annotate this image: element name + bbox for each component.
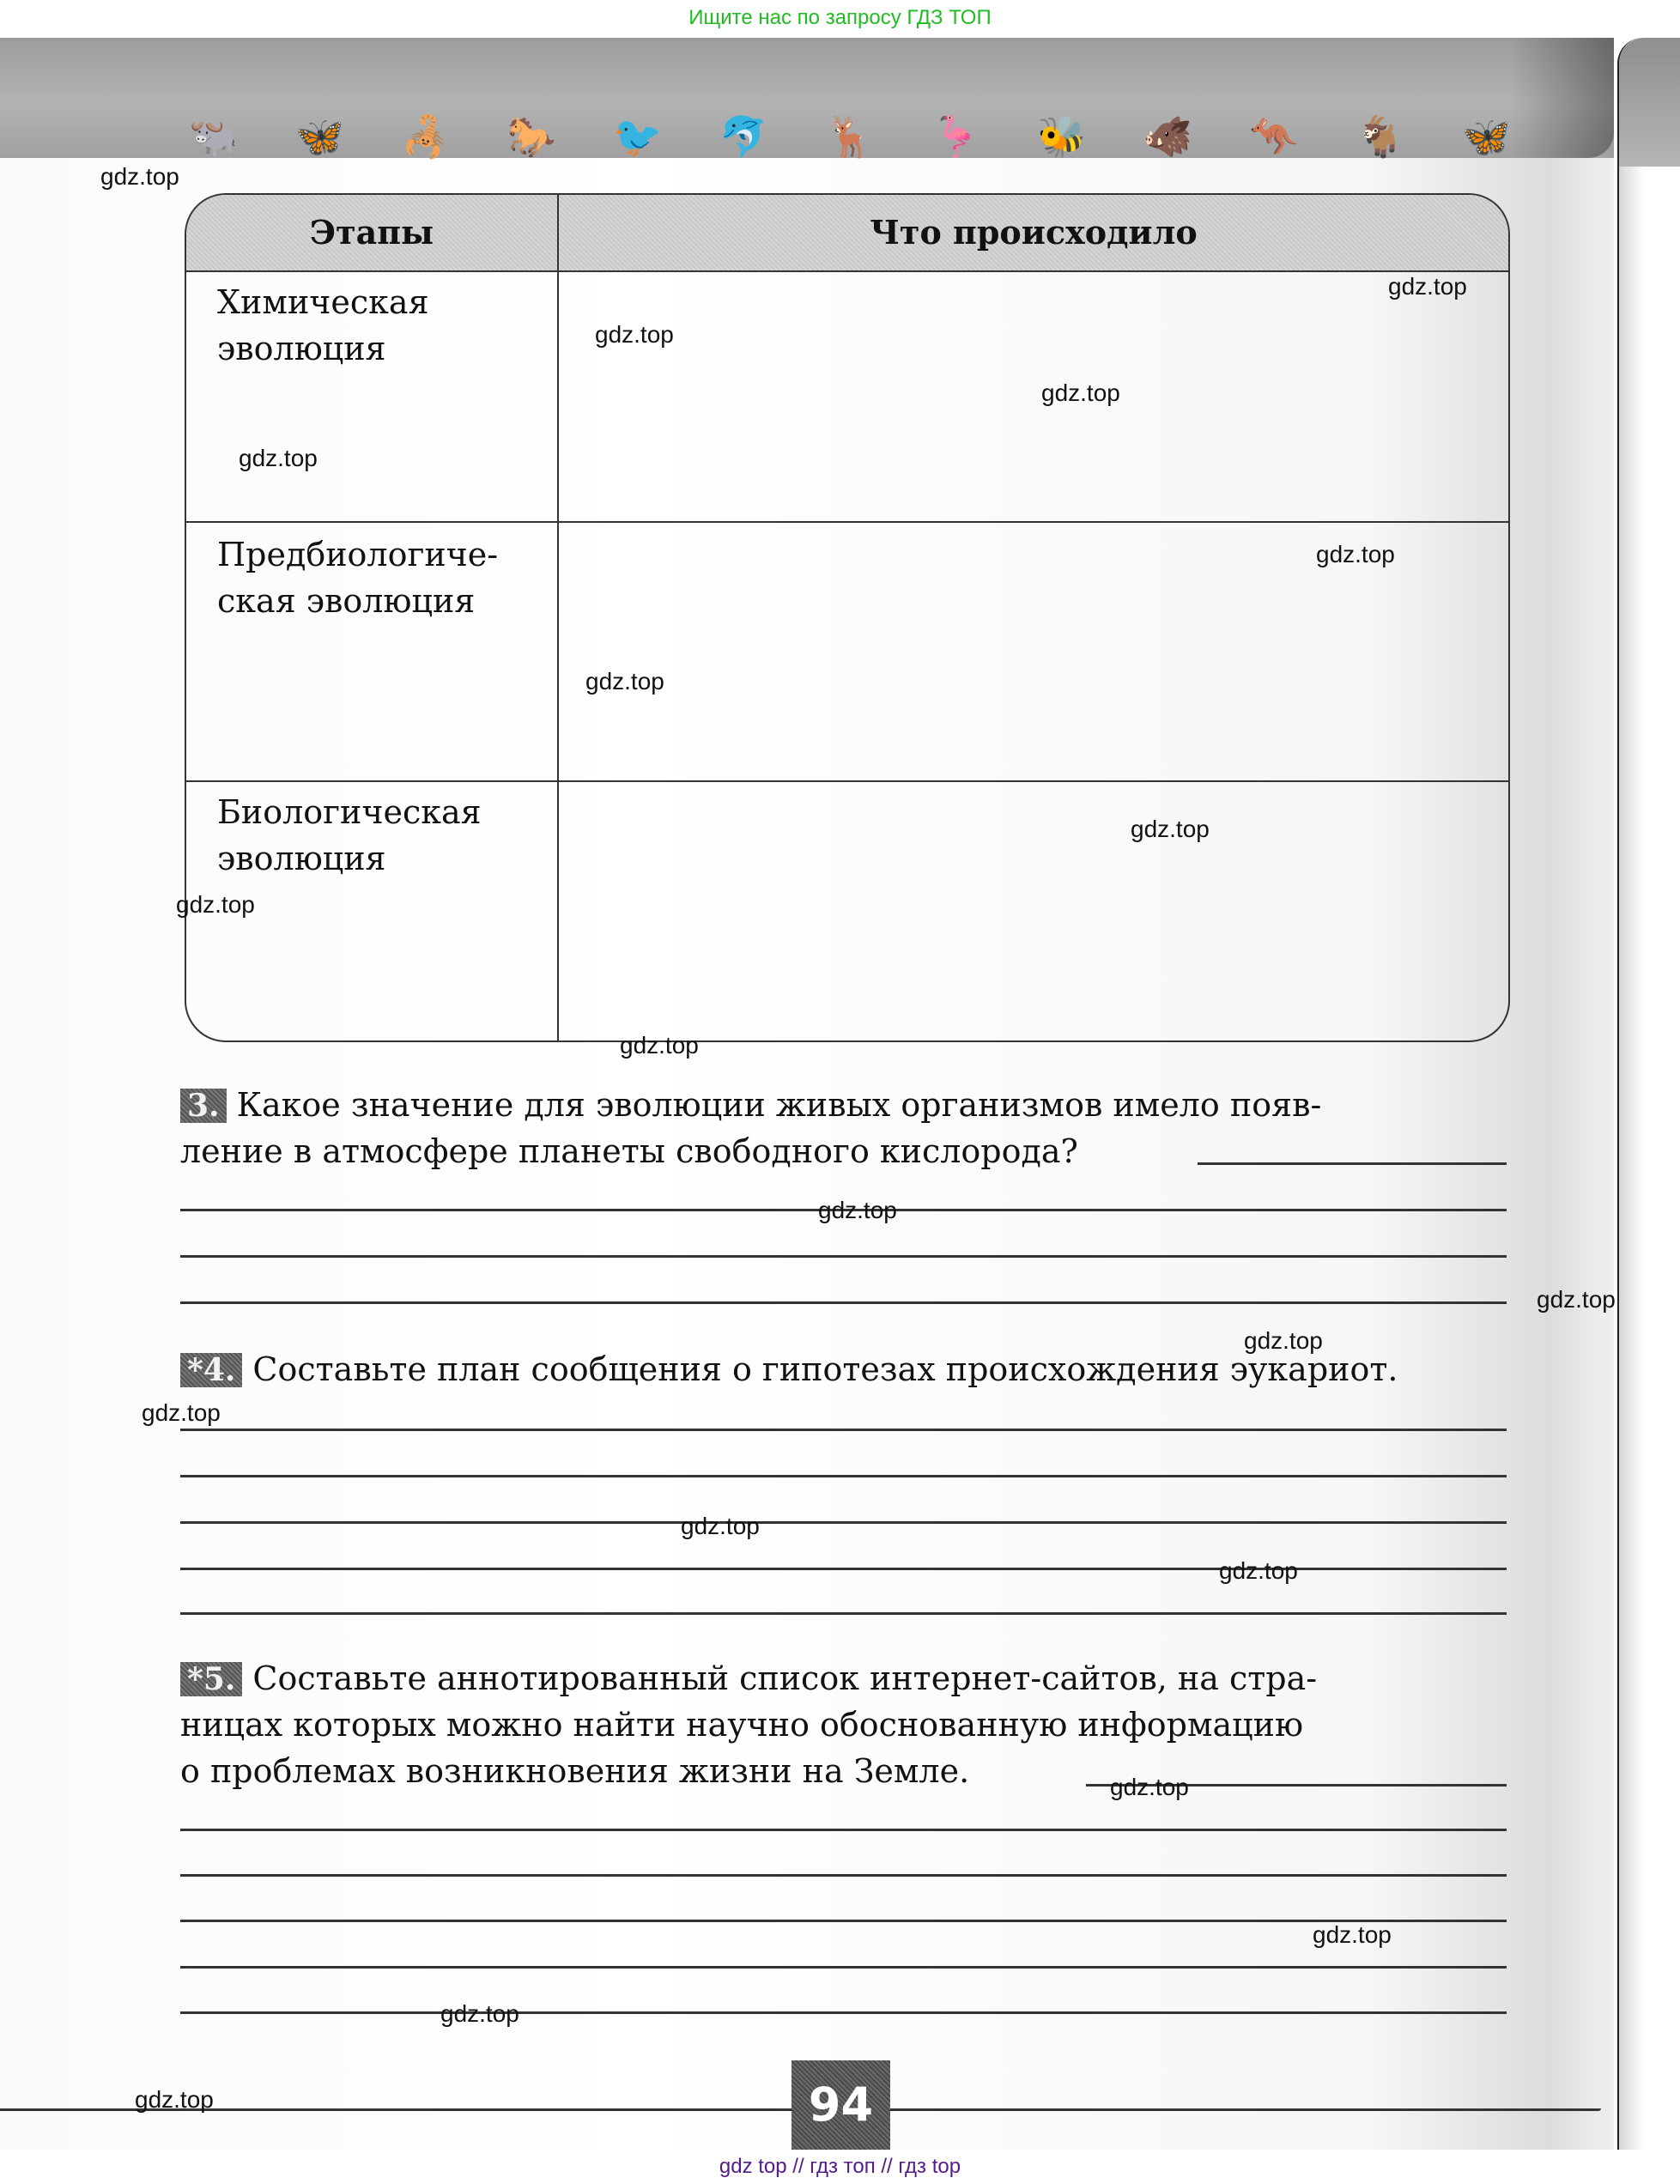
answer-line[interactable] [180,1874,1507,1877]
answer-line[interactable] [180,1301,1507,1304]
column-divider [557,195,559,1040]
page-number: 94 [791,2060,890,2150]
answer-line[interactable] [180,1475,1507,1477]
question-3: 3.Какое значение для эволюции живых орга… [180,1082,1507,1174]
watermark: gdz.top [100,163,179,191]
answer-line[interactable] [180,1920,1507,1922]
watermark: gdz.top [239,445,318,472]
header-what-happened: Что происходило [559,195,1508,270]
watermark: gdz.top [1219,1557,1298,1585]
butterfly-icon: 🦋 [295,115,344,158]
horse-icon: 🐎 [507,115,556,158]
stage-prebiological: Предбиологиче-ская эволюция [217,531,543,624]
watermark: gdz.top [1041,379,1120,407]
bottom-banner[interactable]: gdz top // гдз топ // гдз top [0,2150,1680,2184]
watermark: gdz.top [1313,1921,1392,1949]
stage-biological: Биологическаяэволюция [217,789,543,882]
watermark: gdz.top [1537,1286,1616,1313]
bird-icon: 🐦 [613,115,662,158]
bison-icon: 🐃 [189,115,238,158]
watermark: gdz.top [1316,541,1395,568]
watermark: gdz.top [440,2000,519,2028]
question-number-badge: *5. [180,1662,242,1696]
header-animal-silhouettes: 🐃 🦋 🦂 🐎 🐦 🐬 🦌 🦩 🐝 🐗 🦘 🐐 🦋 [189,110,1511,158]
answer-line[interactable] [1198,1162,1507,1165]
watermark: gdz.top [142,1399,221,1427]
watermark: gdz.top [585,668,664,695]
evolution-stages-table: Этапы Что происходило Химическаяэволюция… [185,193,1510,1042]
kangaroo-icon: 🦘 [1249,115,1298,158]
fish-icon: 🐬 [719,115,768,158]
watermark: gdz.top [1244,1327,1323,1355]
watermark: gdz.top [135,2086,214,2114]
answer-line[interactable] [180,1568,1507,1570]
question-5: *5.Составьте аннотированный список интер… [180,1655,1507,1794]
question-number-badge: *4. [180,1353,242,1387]
watermark: gdz.top [176,891,255,919]
watermark: gdz.top [595,321,674,349]
boar-icon: 🐗 [1143,115,1192,158]
butterfly-icon: 🦋 [1462,115,1511,158]
watermark: gdz.top [620,1032,699,1059]
watermark: gdz.top [818,1197,897,1224]
answer-line[interactable] [180,2011,1507,2014]
answer-cell-biological[interactable] [564,782,1500,1040]
insect-icon: 🐝 [1037,115,1086,158]
answer-line[interactable] [180,1429,1507,1431]
stage-chemical: Химическаяэволюция [217,279,543,372]
next-page-edge [1617,38,1680,2150]
flamingo-icon: 🦩 [931,115,980,158]
answer-line[interactable] [180,1521,1507,1524]
header-stages: Этапы [186,195,557,270]
answer-cell-chemical[interactable] [564,272,1500,521]
watermark: gdz.top [1110,1774,1189,1801]
answer-line[interactable] [180,1255,1507,1258]
answer-line[interactable] [180,1612,1507,1615]
watermark: gdz.top [1131,816,1210,843]
question-text: Составьте план сообщения о гипотезах про… [252,1350,1398,1388]
scorpion-icon: 🦂 [401,115,450,158]
question-text: Составьте аннотированный список интернет… [180,1659,1317,1790]
watermark: gdz.top [1388,273,1467,300]
deer-icon: 🦌 [825,115,874,158]
question-number-badge: 3. [180,1089,227,1123]
gazelle-icon: 🐐 [1356,115,1404,158]
answer-line[interactable] [180,1829,1507,1831]
top-banner[interactable]: Ищите нас по запросу ГДЗ ТОП [0,0,1680,36]
watermark: gdz.top [681,1513,760,1540]
answer-line[interactable] [180,1966,1507,1969]
question-text: Какое значение для эволюции живых органи… [180,1086,1321,1170]
